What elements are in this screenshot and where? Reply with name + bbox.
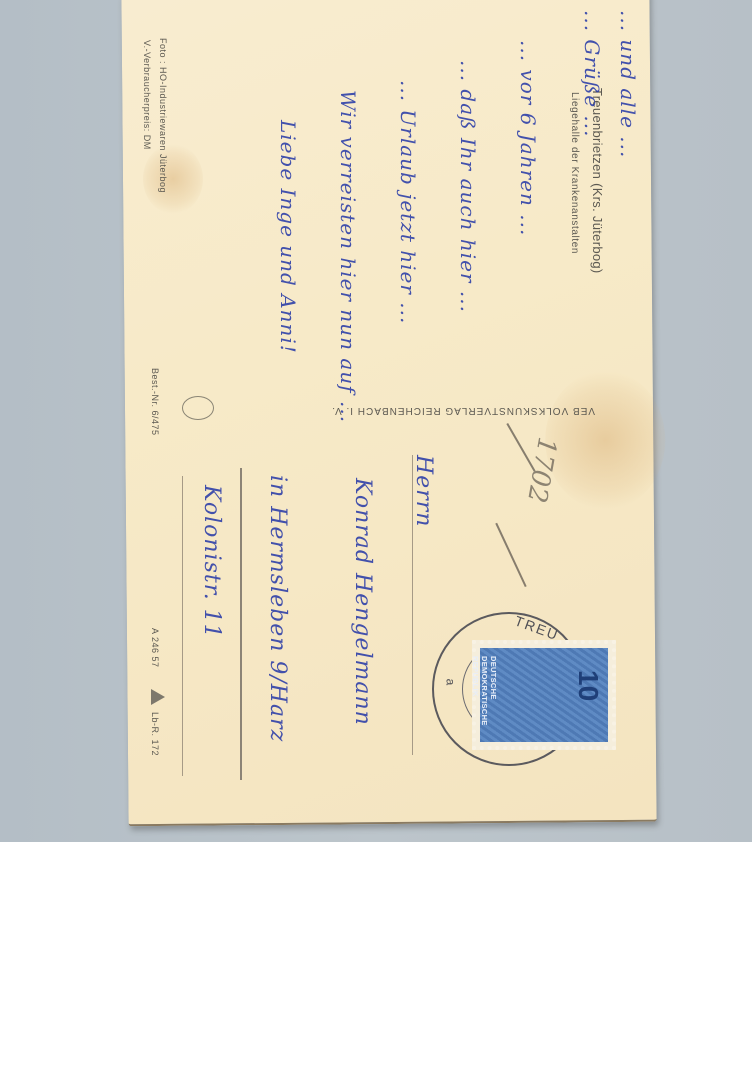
message-line: ... vor 6 Jahren ...	[516, 40, 540, 236]
stain	[545, 370, 666, 511]
address-salutation: Herrn	[411, 455, 436, 527]
address-street: Kolonistr. 11	[199, 485, 224, 639]
message-line: Wir verreisten hier nun auf ...	[336, 90, 360, 423]
address-city: in Hermsleben 9/Harz	[265, 475, 290, 742]
address-rule	[182, 476, 183, 776]
publisher-logo-icon	[182, 396, 214, 420]
message-line: ... daß Ihr auch hier ...	[456, 60, 480, 313]
message-line: ... Urlaub jetzt hier ...	[396, 80, 420, 324]
publisher-line: VEB VOLKSKUNSTVERLAG REICHENBACH I. V.	[331, 405, 595, 416]
message-greeting: Liebe Inge und Anni!	[276, 120, 300, 354]
caption-subtitle: Liegehalle der Krankenanstalten	[569, 92, 580, 254]
photo-credit: Foto : HO-Industriewaren Jüterbog	[158, 38, 168, 193]
message-line: ... und alle ...	[616, 10, 640, 158]
stamp-country: DEUTSCHE DEMOKRATISCHE REPUBLIK	[471, 656, 498, 746]
stamp-value: 10	[572, 670, 604, 701]
postmark-letter: a	[443, 679, 457, 688]
triangle-logo-icon	[151, 689, 165, 705]
order-number: Best.-Nr. 6/475	[150, 368, 160, 436]
address-rule	[240, 468, 242, 780]
price-note: V.-Verbraucherpreis: DM	[142, 40, 152, 150]
print-code: A 246 57	[150, 628, 160, 668]
postage-stamp: DEUTSCHE DEMOKRATISCHE REPUBLIK 10	[472, 640, 616, 750]
stain	[143, 144, 204, 215]
license-code: Lb-R. 172	[150, 712, 160, 756]
address-name: Konrad Hengelmann	[350, 478, 375, 726]
message-line: ... Grüße ...	[580, 10, 604, 137]
